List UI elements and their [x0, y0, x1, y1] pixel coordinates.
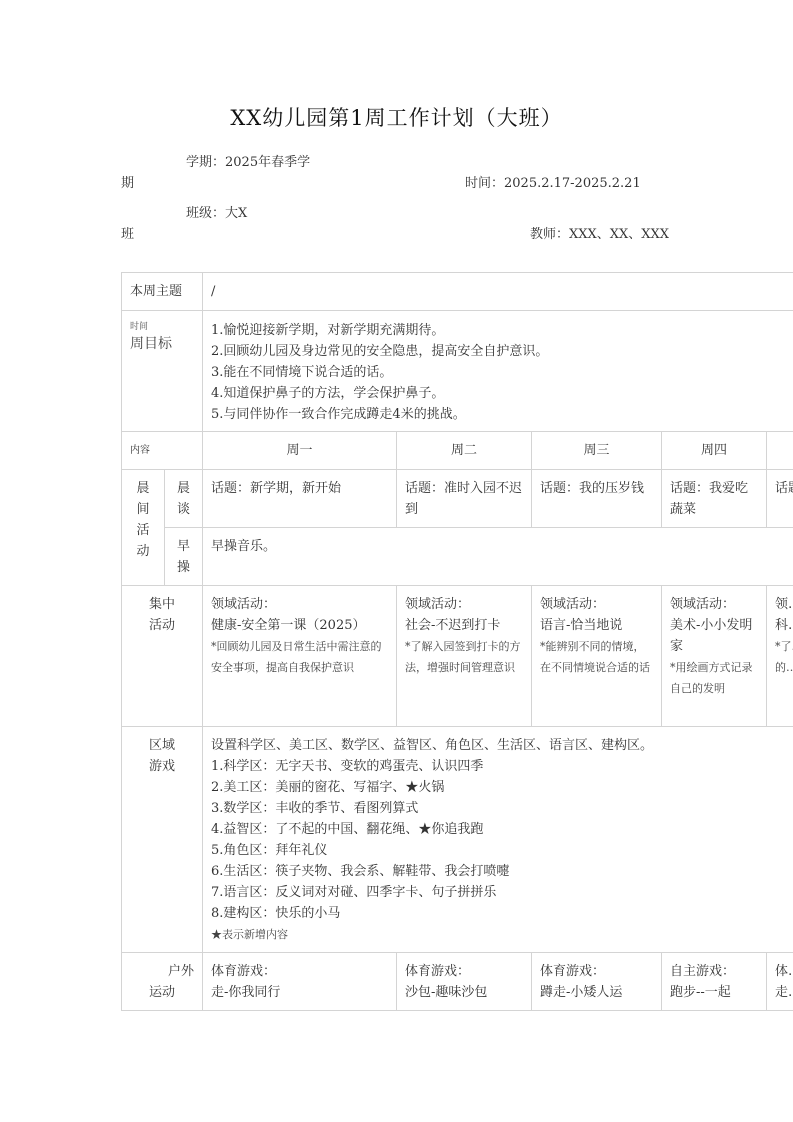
theme-row: 本周主题 / — [122, 273, 793, 311]
goal-item: 1.愉悦迎接新学期，对新学期充满期待。 — [211, 320, 793, 341]
focus-activity-mon: 领域活动： 健康-安全第一课（2025） *回顾幼儿园及日常生活中需注意的安全事… — [203, 586, 397, 727]
outdoor-mon: 体育游戏： 走-你我同行 — [203, 953, 397, 1011]
focus-activity-tue: 领域活动： 社会-不迟到打卡 *了解入园签到打卡的方法，增强时间管理意识 — [397, 586, 532, 727]
goals-label: 周目标 — [130, 333, 194, 355]
focus-activity-wed: 领域活动： 语言-恰当地说 *能辨别不同的情境，在不同情境说合适的话 — [532, 586, 662, 727]
new-content-note: ★表示新增内容 — [211, 924, 793, 945]
area-games-row: 区域 游戏 设置科学区、美工区、数学区、益智区、角色区、生活区、语言区、建构区。… — [122, 727, 793, 953]
morning-talk-wed: 话题：我的压岁钱 — [532, 470, 662, 528]
focus-activity-thu: 领域活动： 美术-小小发明家 *用绘画方式记录自己的发明 — [662, 586, 767, 727]
area-item: 7.语言区：反义词对对碰、四季字卡、句子拼拼乐 — [211, 882, 793, 903]
area-item: 1.科学区：无字天书、变软的鸡蛋壳、认识四季 — [211, 756, 793, 777]
page-title: XX幼儿园第1周工作计划（大班） — [0, 102, 793, 132]
outdoor-tue: 体育游戏： 沙包-趣味沙包 — [397, 953, 532, 1011]
morning-exercise-row: 早 操 早操音乐。 — [122, 528, 793, 586]
goals-label-cell: 时间 周目标 — [122, 311, 203, 432]
morning-talk-tue: 话题：准时入园不迟到 — [397, 470, 532, 528]
area-item: 6.生活区：筷子夹物、我会系、解鞋带、我会打喷嚏 — [211, 861, 793, 882]
outdoor-wed: 体育游戏： 蹲走-小矮人运 — [532, 953, 662, 1011]
class-label-tail: 班 — [121, 223, 134, 242]
focus-activity-fri: 领… 科… *了…性，…的… — [767, 586, 793, 727]
outdoor-thu: 自主游戏： 跑步--一起 — [662, 953, 767, 1011]
area-item: 设置科学区、美工区、数学区、益智区、角色区、生活区、语言区、建构区。 — [211, 735, 793, 756]
day-header-fri: 周五 — [767, 432, 793, 470]
morning-talk-mon: 话题：新学期，新开始 — [203, 470, 397, 528]
area-item: 4.益智区：了不起的中国、翻花绳、★你追我跑 — [211, 819, 793, 840]
teacher-label: 教师：XXX、XX、XXX — [530, 223, 669, 242]
weekly-plan-table: 本周主题 / 时间 周目标 1.愉悦迎接新学期，对新学期充满期待。 2.回顾幼儿… — [121, 272, 793, 1011]
focus-activity-label: 集中 活动 — [122, 586, 203, 727]
morning-talk-fri: 话题：…子 — [767, 470, 793, 528]
theme-value: / — [203, 273, 793, 311]
outdoor-label: 户外 运动 — [122, 953, 203, 1011]
morning-talk-label: 晨 谈 — [165, 470, 203, 528]
day-header-mon: 周一 — [203, 432, 397, 470]
area-item: 8.建构区：快乐的小马 — [211, 903, 793, 924]
outdoor-fri: 体… 走… — [767, 953, 793, 1011]
day-header-thu: 周四 — [662, 432, 767, 470]
morning-talk-thu: 话题：我爱吃蔬菜 — [662, 470, 767, 528]
morning-talk-row: 晨 间 活 动 晨 谈 话题：新学期，新开始 话题：准时入园不迟到 话题：我的压… — [122, 470, 793, 528]
goals-list: 1.愉悦迎接新学期，对新学期充满期待。 2.回顾幼儿园及身边常见的安全隐患，提高… — [203, 311, 793, 432]
focus-activity-row: 集中 活动 领域活动： 健康-安全第一课（2025） *回顾幼儿园及日常生活中需… — [122, 586, 793, 727]
area-games-label: 区域 游戏 — [122, 727, 203, 953]
morning-exercise-label: 早 操 — [165, 528, 203, 586]
morning-activity-label: 晨 间 活 动 — [122, 470, 165, 586]
area-item: 2.美工区：美丽的窗花、写福字、★火锅 — [211, 777, 793, 798]
header-row: 内容 周一 周二 周三 周四 周五 — [122, 432, 793, 470]
goals-row: 时间 周目标 1.愉悦迎接新学期，对新学期充满期待。 2.回顾幼儿园及身边常见的… — [122, 311, 793, 432]
outdoor-row: 户外 运动 体育游戏： 走-你我同行 体育游戏： 沙包-趣味沙包 体育游戏： 蹲… — [122, 953, 793, 1011]
content-label: 内容 — [122, 432, 203, 470]
class-label: 班级：大X — [186, 202, 247, 221]
goal-item: 5.与同伴协作一致合作完成蹲走4米的挑战。 — [211, 404, 793, 425]
time-label: 时间：2025.2.17-2025.2.21 — [465, 172, 641, 191]
area-games-list: 设置科学区、美工区、数学区、益智区、角色区、生活区、语言区、建构区。 1.科学区… — [203, 727, 793, 953]
area-item: 5.角色区：拜年礼仪 — [211, 840, 793, 861]
morning-exercise-value: 早操音乐。 — [203, 528, 793, 586]
goals-small-label: 时间 — [130, 321, 194, 333]
theme-label: 本周主题 — [122, 273, 203, 311]
area-item: 3.数学区：丰收的季节、看图列算式 — [211, 798, 793, 819]
goal-item: 4.知道保护鼻子的方法，学会保护鼻子。 — [211, 383, 793, 404]
goal-item: 3.能在不同情境下说合适的话。 — [211, 362, 793, 383]
day-header-wed: 周三 — [532, 432, 662, 470]
semester-label: 学期：2025年春季学 — [186, 151, 310, 170]
goal-item: 2.回顾幼儿园及身边常见的安全隐患，提高安全自护意识。 — [211, 341, 793, 362]
semester-label-tail: 期 — [121, 172, 134, 191]
day-header-tue: 周二 — [397, 432, 532, 470]
